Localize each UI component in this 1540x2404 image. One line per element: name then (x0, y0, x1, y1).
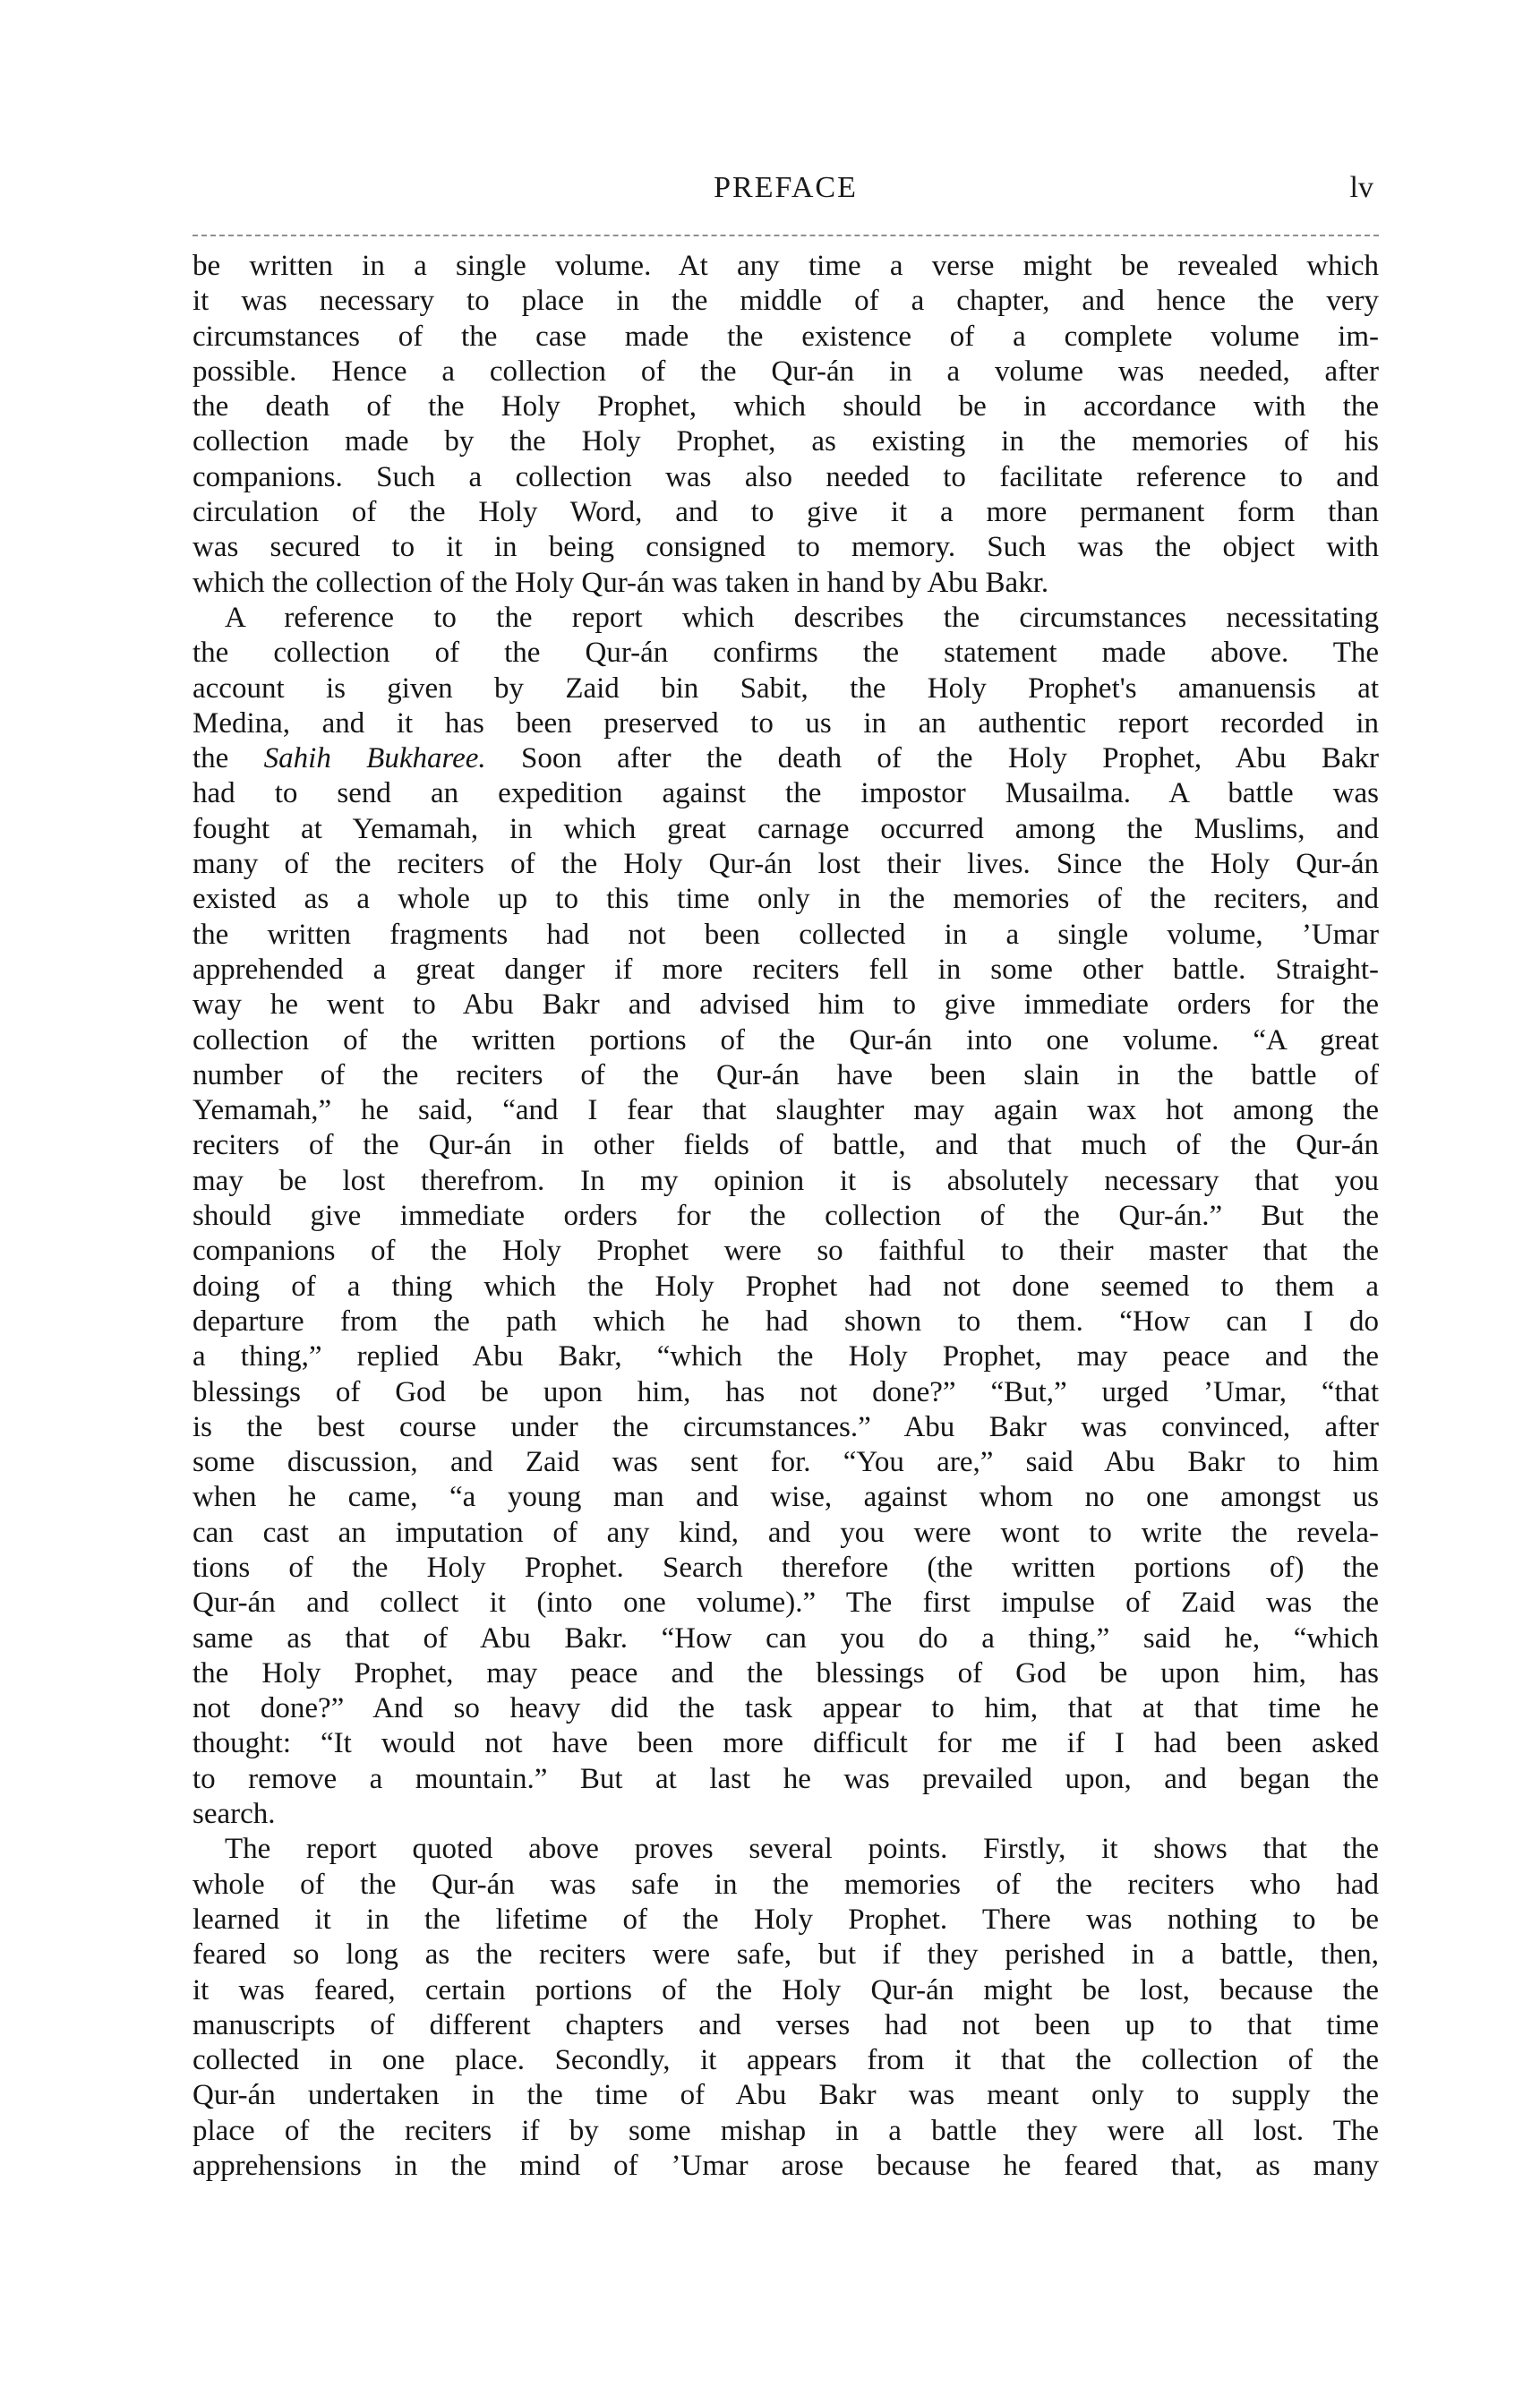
paragraph-start-line: The report quoted above proves several p… (192, 1832, 1379, 1867)
text-line: a thing,” replied Abu Bakr, “which the H… (192, 1339, 1379, 1374)
text-fragment: Soon after the death of the Holy Prophet… (486, 742, 1379, 774)
text-line: was secured to it in being consigned to … (192, 530, 1379, 565)
book-title-citation: Sahih Bukharee. (264, 742, 486, 774)
text-line: be written in a single volume. At any ti… (192, 249, 1379, 284)
paragraph-end-line: which the collection of the Holy Qur-án … (192, 566, 1379, 601)
body-text: be written in a single volume. At any ti… (192, 249, 1379, 2184)
text-line: Qur-án undertaken in the time of Abu Bak… (192, 2078, 1379, 2113)
text-line: possible. Hence a collection of the Qur-… (192, 355, 1379, 389)
text-line: Yemamah,” he said, “and I fear that slau… (192, 1093, 1379, 1128)
text-line: existed as a whole up to this time only … (192, 882, 1379, 917)
text-line: number of the reciters of the Qur-án hav… (192, 1058, 1379, 1093)
text-line: companions of the Holy Prophet were so f… (192, 1234, 1379, 1269)
text-line: some discussion, and Zaid was sent for. … (192, 1445, 1379, 1480)
text-line: the written fragments had not been colle… (192, 918, 1379, 953)
text-line: same as that of Abu Bakr. “How can you d… (192, 1621, 1379, 1656)
text-line: collected in one place. Secondly, it app… (192, 2043, 1379, 2078)
text-line: companions. Such a collection was also n… (192, 460, 1379, 495)
text-line: apprehended a great danger if more recit… (192, 953, 1379, 988)
text-line: Qur-án and collect it (into one volume).… (192, 1586, 1379, 1621)
text-line: place of the reciters if by some mishap … (192, 2114, 1379, 2149)
text-line: many of the reciters of the Holy Qur-án … (192, 847, 1379, 882)
running-title: PREFACE (192, 166, 1379, 210)
text-line: departure from the path which he had sho… (192, 1305, 1379, 1339)
book-page: PREFACE lv be written in a single volume… (0, 0, 1540, 2404)
text-line: the collection of the Qur-án confirms th… (192, 636, 1379, 671)
text-line: the Holy Prophet, may peace and the bles… (192, 1656, 1379, 1691)
text-line: circumstances of the case made the exist… (192, 320, 1379, 355)
header-rule (192, 235, 1379, 236)
text-line: learned it in the lifetime of the Holy P… (192, 1903, 1379, 1938)
text-line: collection of the written portions of th… (192, 1023, 1379, 1058)
text-line: should give immediate orders for the col… (192, 1199, 1379, 1234)
text-line: manuscripts of different chapters and ve… (192, 2008, 1379, 2043)
text-line: to remove a mountain.” But at last he wa… (192, 1762, 1379, 1797)
text-line: may be lost therefrom. In my opinion it … (192, 1164, 1379, 1199)
text-line-with-citation: the Sahih Bukharee. Soon after the death… (192, 741, 1379, 776)
text-line: feared so long as the reciters were safe… (192, 1938, 1379, 1972)
page-number: lv (1350, 166, 1373, 210)
text-line: is the best course under the circumstanc… (192, 1410, 1379, 1445)
text-line: fought at Yemamah, in which great carnag… (192, 812, 1379, 847)
text-line: when he came, “a young man and wise, aga… (192, 1480, 1379, 1515)
text-line: Medina, and it has been preserved to us … (192, 706, 1379, 741)
text-line: it was feared, certain portions of the H… (192, 1973, 1379, 2008)
text-line: it was necessary to place in the middle … (192, 284, 1379, 319)
running-head: PREFACE lv (192, 166, 1379, 210)
text-line: doing of a thing which the Holy Prophet … (192, 1270, 1379, 1305)
text-line: circulation of the Holy Word, and to giv… (192, 495, 1379, 530)
paragraph-start-line: A reference to the report which describe… (192, 601, 1379, 636)
text-line: can cast an imputation of any kind, and … (192, 1516, 1379, 1551)
text-line: whole of the Qur-án was safe in the memo… (192, 1868, 1379, 1903)
text-line: tions of the Holy Prophet. Search theref… (192, 1551, 1379, 1586)
text-line: thought: “It would not have been more di… (192, 1726, 1379, 1761)
text-fragment: the (192, 742, 264, 774)
text-line: had to send an expedition against the im… (192, 776, 1379, 811)
text-line: account is given by Zaid bin Sabit, the … (192, 672, 1379, 706)
text-line: not done?” And so heavy did the task app… (192, 1691, 1379, 1726)
text-line: reciters of the Qur-án in other fields o… (192, 1128, 1379, 1163)
text-line: apprehensions in the mind of ’Umar arose… (192, 2149, 1379, 2184)
text-line: the death of the Holy Prophet, which sho… (192, 389, 1379, 424)
text-line: way he went to Abu Bakr and advised him … (192, 988, 1379, 1022)
paragraph-end-line: search. (192, 1797, 1379, 1832)
text-line: blessings of God be upon him, has not do… (192, 1375, 1379, 1410)
text-line: collection made by the Holy Prophet, as … (192, 424, 1379, 459)
